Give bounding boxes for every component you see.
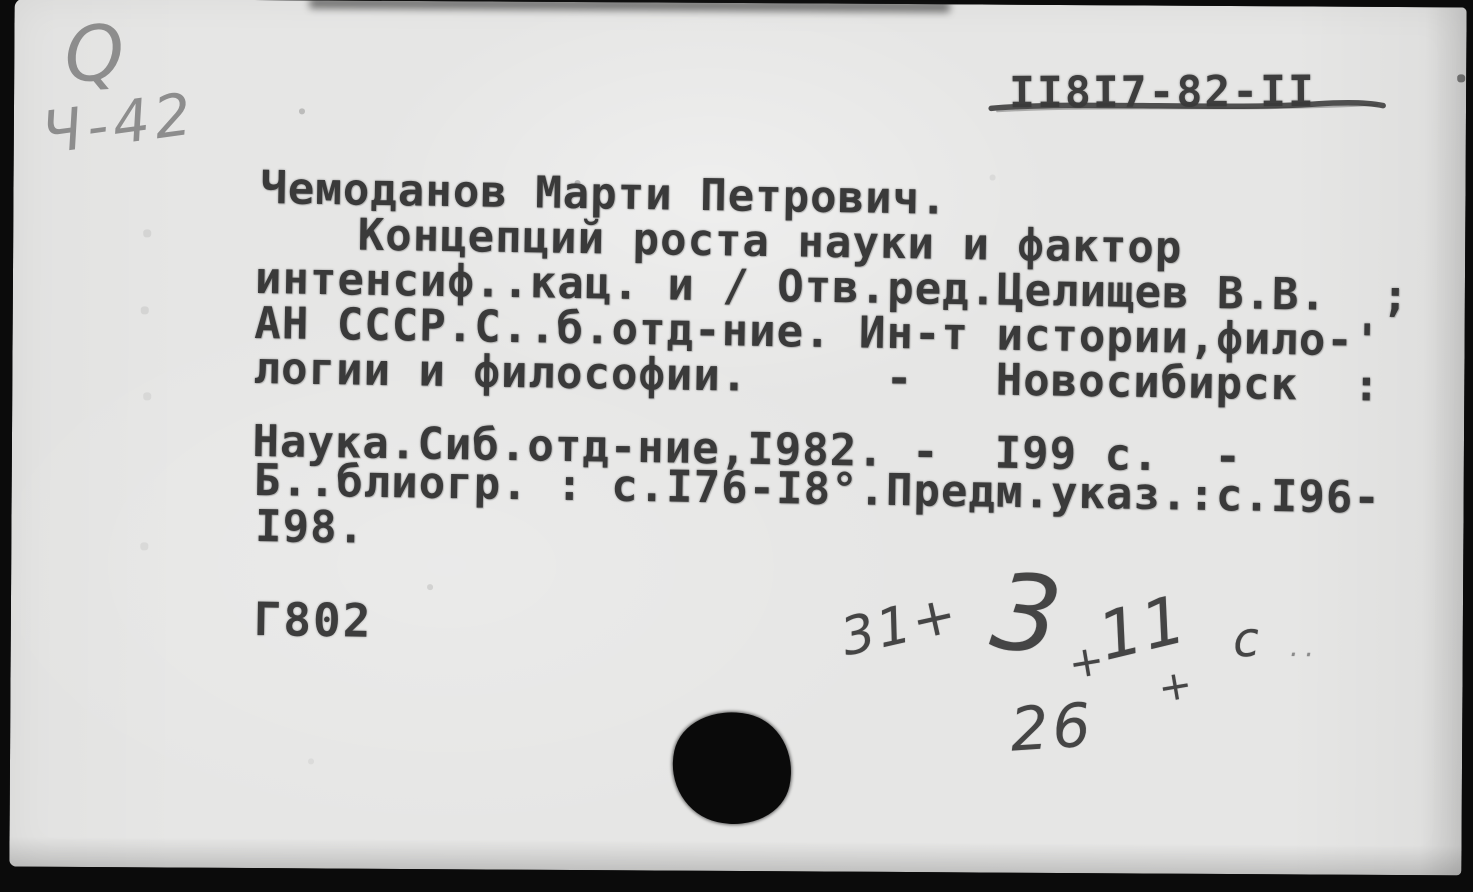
page-range-line: I98. bbox=[255, 501, 366, 554]
pencil-dot-marks: ·· bbox=[1289, 640, 1320, 670]
catalog-card: Q Ч-42 II8I7-82-II Чемоданов Марти Петро… bbox=[9, 0, 1466, 875]
accession-number: Г802 bbox=[253, 592, 373, 648]
pencil-note-lower: 26 bbox=[1008, 690, 1097, 765]
pencil-letter-c: с bbox=[1231, 611, 1261, 669]
scan-background: Q Ч-42 II8I7-82-II Чемоданов Марти Петро… bbox=[0, 0, 1473, 892]
